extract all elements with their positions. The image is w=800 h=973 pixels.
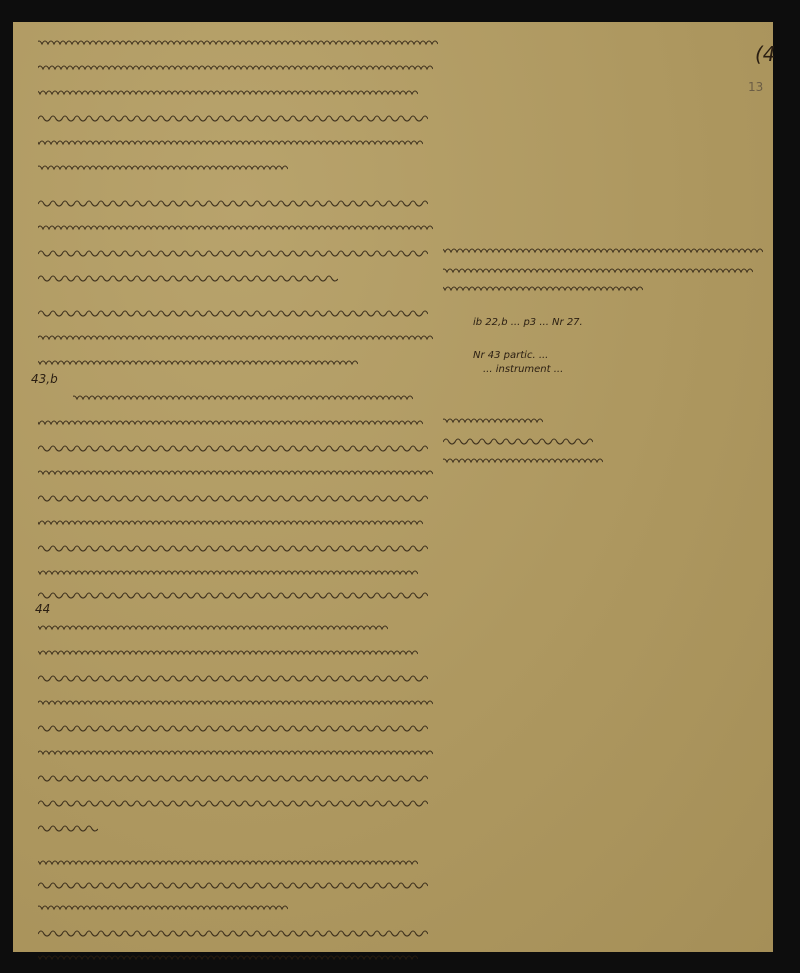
handwritten-line <box>38 694 433 710</box>
handwritten-line <box>38 269 338 285</box>
handwritten-line <box>38 669 428 685</box>
annotation-latin-3: ... instrument ... <box>483 364 563 375</box>
handwritten-line <box>38 644 418 660</box>
handwritten-line <box>38 819 98 835</box>
handwritten-line <box>443 280 643 296</box>
handwritten-line <box>38 744 433 760</box>
annotation-latin-2: Nr 43 partic. ... <box>473 350 548 361</box>
handwritten-line <box>38 619 388 635</box>
handwritten-line <box>38 84 418 100</box>
handwritten-line <box>38 159 288 175</box>
handwritten-line <box>38 464 433 480</box>
handwritten-line <box>38 354 358 370</box>
handwritten-line <box>443 432 593 448</box>
margin-note-43: 43,b <box>31 372 58 386</box>
manuscript-page: (4 13 43,b 44 ib 22,b ... p3 ... Nr 27. … <box>13 22 773 952</box>
page-number: (4 <box>755 42 776 66</box>
handwritten-line <box>38 539 428 555</box>
handwritten-line <box>443 452 603 468</box>
folio-number: 13 <box>748 80 763 94</box>
handwritten-line <box>38 489 428 505</box>
handwritten-line <box>38 439 428 455</box>
handwritten-line <box>38 794 428 810</box>
handwritten-line <box>443 242 763 258</box>
handwritten-line <box>38 34 438 50</box>
handwritten-line <box>38 194 428 210</box>
handwritten-line <box>38 769 428 785</box>
handwritten-line <box>38 304 428 320</box>
handwritten-line <box>38 219 433 235</box>
handwritten-line <box>38 854 418 870</box>
handwritten-line <box>38 899 288 915</box>
handwritten-line <box>38 329 433 345</box>
handwritten-line <box>38 414 423 430</box>
handwritten-line <box>38 949 418 965</box>
handwritten-line <box>38 564 418 580</box>
handwritten-line <box>38 514 423 530</box>
handwritten-line <box>443 412 543 428</box>
handwritten-line <box>73 389 413 405</box>
handwritten-line <box>38 876 428 892</box>
handwritten-line <box>38 719 428 735</box>
annotation-latin-1: ib 22,b ... p3 ... Nr 27. <box>473 317 583 328</box>
handwritten-line <box>38 244 428 260</box>
handwritten-line <box>38 109 428 125</box>
handwritten-line <box>38 586 428 602</box>
handwritten-line <box>443 262 753 278</box>
handwritten-line <box>38 59 433 75</box>
margin-note-44: 44 <box>35 602 50 616</box>
handwritten-line <box>38 134 423 150</box>
handwritten-line <box>38 924 428 940</box>
